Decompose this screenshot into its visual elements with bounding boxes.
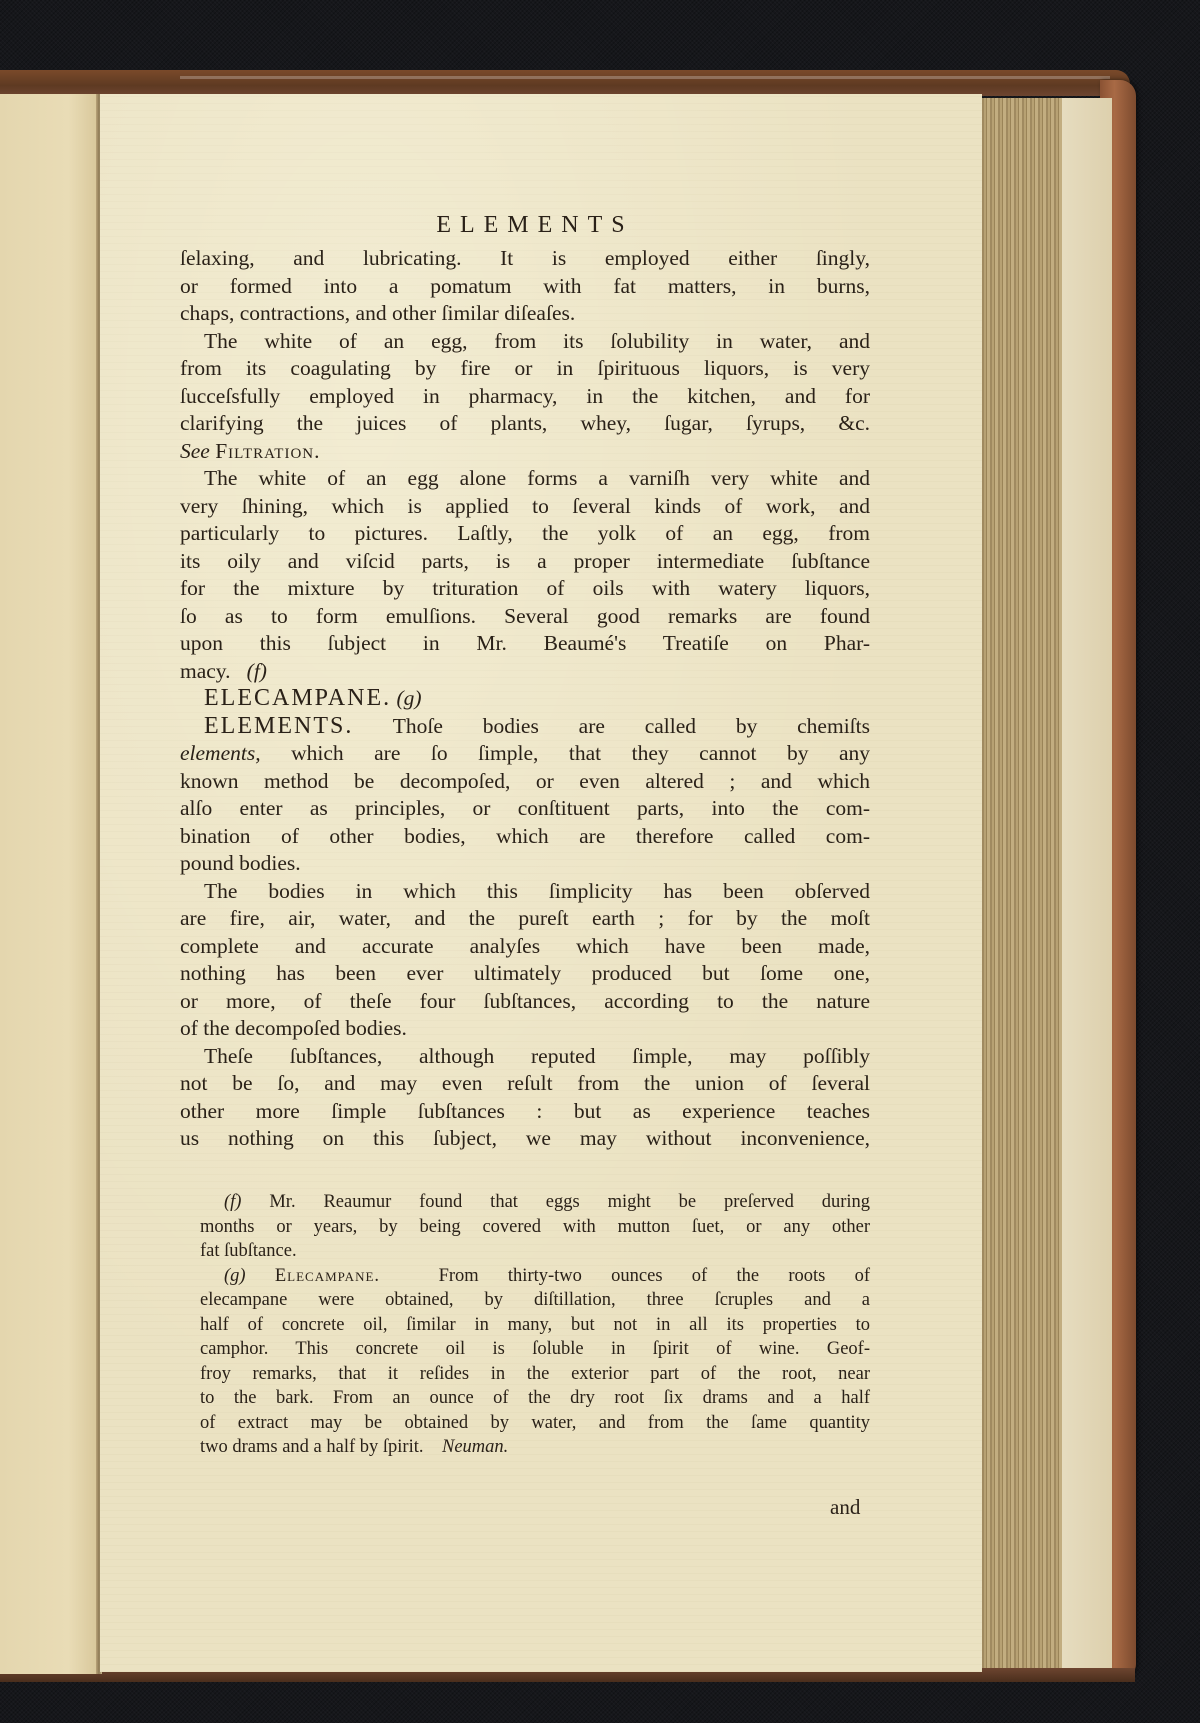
text-line: alſo enter as principles, or conſtituent… <box>180 795 870 823</box>
text-fragment: macy. <box>180 659 231 683</box>
text-line: months or years, by being covered with m… <box>200 1215 870 1240</box>
text-line: macy. (f) <box>180 658 870 686</box>
text-fragment: which are ſo ſimple, that they cannot by… <box>291 741 870 765</box>
attribution: Neuman. <box>442 1437 508 1457</box>
entry-headword: ELEMENTS. <box>204 713 353 739</box>
catchword: and <box>830 1495 860 1520</box>
text-line: from its coagulating by fire or in ſpiri… <box>180 355 870 383</box>
text-line: of extract may be obtained by water, and… <box>200 1411 870 1436</box>
text-line: pound bodies. <box>180 850 870 878</box>
text-line: upon this ſubject in Mr. Beaumé's Treati… <box>180 630 870 658</box>
footnote-g: (g) Elecampane. From thirty-two ounces o… <box>200 1264 870 1289</box>
text-line: us nothing on this ſubject, we may witho… <box>180 1125 870 1153</box>
footnote-head: Elecampane. <box>275 1266 380 1286</box>
text-line: elecampane were obtained, by diſtillatio… <box>200 1288 870 1313</box>
endpaper <box>1062 98 1112 1668</box>
text-line: or more, of theſe four ſubſtances, accor… <box>180 988 870 1016</box>
text-line: particularly to pictures. Laſtly, the yo… <box>180 520 870 548</box>
text-fragment: From thirty-two ounces of the roots of <box>439 1266 870 1286</box>
text-line: camphor. This concrete oil is ſoluble in… <box>200 1337 870 1362</box>
text-line: chaps, contractions, and other ſimilar d… <box>180 300 870 328</box>
page-content: ELEMENTS ſelaxing, and lubricating. It i… <box>180 212 870 1153</box>
main-text: ſelaxing, and lubricating. It is employe… <box>180 245 870 1153</box>
text-line: The bodies in which this ſimplicity has … <box>180 878 870 906</box>
text-line: ſo as to form emulſions. Several good re… <box>180 603 870 631</box>
text-line: for the mixture by trituration of oils w… <box>180 575 870 603</box>
text-fragment: two drams and a half by ſpirit. <box>200 1437 424 1457</box>
text-line: or formed into a pomatum with fat matter… <box>180 273 870 301</box>
left-page <box>0 94 98 1674</box>
entry-elements: ELEMENTS. Thoſe bodies are called by che… <box>180 713 870 741</box>
text-line: froy remarks, that it reſides in the ext… <box>200 1362 870 1387</box>
text-line: very ſhining, which is applied to ſevera… <box>180 493 870 521</box>
text-line: ſelaxing, and lubricating. It is employe… <box>180 245 870 273</box>
text-line: its oily and viſcid parts, is a proper i… <box>180 548 870 576</box>
running-head: ELEMENTS <box>180 212 870 239</box>
footnote-mark-f: (f) <box>247 659 267 683</box>
footnote-mark: (f) <box>224 1192 241 1212</box>
book-cover-top-edge <box>0 70 1130 96</box>
see-label: See <box>180 439 210 463</box>
text-line: other more ſimple ſubſtances : but as ex… <box>180 1098 870 1126</box>
text-line: nothing has been ever ultimately produce… <box>180 960 870 988</box>
text-line: to the bark. From an ounce of the dry ro… <box>200 1386 870 1411</box>
cross-reference: See Filtration. <box>180 438 870 466</box>
text-line: bination of other bodies, which are ther… <box>180 823 870 851</box>
text-line: of the decompoſed bodies. <box>180 1015 870 1043</box>
text-fragment: Mr. Reaumur found that eggs might be pre… <box>269 1192 870 1212</box>
text-line: clarifying the juices of plants, whey, ſ… <box>180 410 870 438</box>
footnote-mark-g: (g) <box>397 686 422 710</box>
footnote-f: (f) Mr. Reaumur found that eggs might be… <box>200 1190 870 1215</box>
text-line: known method be decompoſed, or even alte… <box>180 768 870 796</box>
text-line: two drams and a half by ſpirit. Neuman. <box>200 1435 870 1460</box>
entry-elecampane: ELECAMPANE. (g) <box>180 685 870 713</box>
text-line: fat ſubſtance. <box>200 1239 870 1264</box>
text-line: not be ſo, and may even reſult from the … <box>180 1070 870 1098</box>
text-fragment: Thoſe bodies are called by chemiſts <box>393 714 870 738</box>
footnotes: (f) Mr. Reaumur found that eggs might be… <box>200 1190 870 1460</box>
text-line: complete and accurate analyſes which hav… <box>180 933 870 961</box>
italic-term: elements, <box>180 741 261 765</box>
text-line: The white of an egg, from its ſolubility… <box>180 328 870 356</box>
page-edges <box>982 98 1062 1668</box>
text-line: Theſe ſubſtances, although reputed ſimpl… <box>180 1043 870 1071</box>
footnote-mark: (g) <box>224 1266 246 1286</box>
text-line: elements, which are ſo ſimple, that they… <box>180 740 870 768</box>
text-line: The white of an egg alone forms a varniſ… <box>180 465 870 493</box>
cover-shine <box>180 76 1110 79</box>
entry-headword: ELECAMPANE. <box>204 685 391 711</box>
text-line: half of concrete oil, ſimilar in many, b… <box>200 1313 870 1338</box>
text-line: are fire, air, water, and the pureſt ear… <box>180 905 870 933</box>
text-line: ſucceſsfully employed in pharmacy, in th… <box>180 383 870 411</box>
see-reference: Filtration. <box>215 439 320 463</box>
